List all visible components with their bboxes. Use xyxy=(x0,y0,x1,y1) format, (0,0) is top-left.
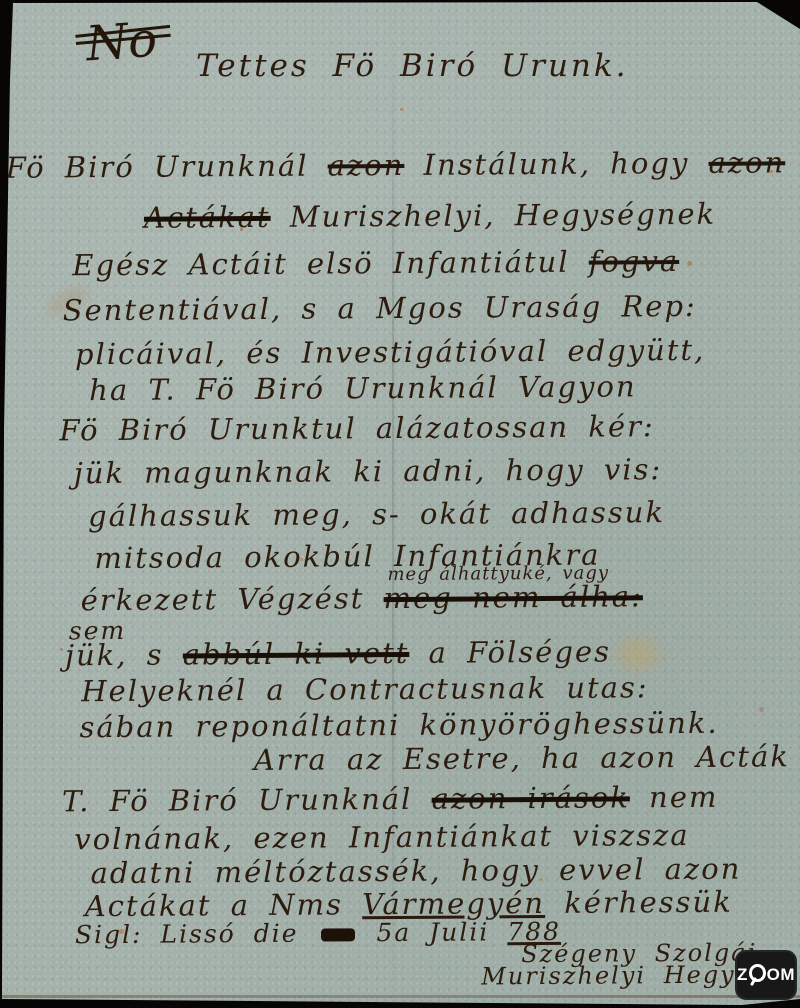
zoom-watermark-z: Z xyxy=(737,965,748,985)
manuscript-line-l4: Sententiával, s a Mgos Uraság Rep: xyxy=(63,289,697,327)
zoom-watermark-om: OM xyxy=(767,965,795,985)
scanned-page: No Tettes Fö Biró Urunk. Fö Biró Urunkná… xyxy=(0,0,800,1008)
manuscript-line-l5: plicáival, és Investigátióval edgyütt, xyxy=(75,333,706,371)
manuscript-line-l6: ha T. Fö Biró Urunknál Vagyon xyxy=(89,369,637,407)
manuscript-line-l11: érkezett Végzést meg nem álha:meg álhatt… xyxy=(81,579,643,617)
zoom-watermark: ZOM xyxy=(735,950,797,1000)
manuscript-line-l17: T. Fö Biró Urunknál azon irások nem xyxy=(62,780,719,819)
manuscript-line-l15: sában reponáltatni könyöröghessünk. xyxy=(79,706,718,744)
manuscript-line-l2: Actákat Muriszhelyi, Hegységnek xyxy=(144,197,716,235)
manuscript-line-l16: Arra az Esetre, ha azon Acták xyxy=(254,739,790,777)
manuscript-line-l21: Sigl: Lissó die 5a Julii 788 xyxy=(75,917,561,949)
paper-bottom-edge xyxy=(0,995,800,998)
ink-blot xyxy=(320,928,354,941)
manuscript-line-l7: Fö Biró Urunktul alázatossan kér: xyxy=(59,409,654,447)
manuscript-lines: Fö Biró Urunknál azon Instálunk, hogy az… xyxy=(0,0,800,1008)
interlinear-insertion: meg álhattyuké, vagy xyxy=(387,563,609,586)
manuscript-paper: No Tettes Fö Biró Urunk. Fö Biró Urunkná… xyxy=(0,0,800,1008)
manuscript-line-l8: jük magunknak ki adni, hogy vis: xyxy=(74,452,663,490)
manuscript-line-l1: Fö Biró Urunknál azon Instálunk, hogy az… xyxy=(6,145,786,184)
manuscript-line-l14: Helyeknél a Contractusnak utas: xyxy=(81,670,649,708)
manuscript-line-l18: volnának, ezen Infantiánkat viszsza xyxy=(74,818,690,856)
manuscript-line-l9: gálhassuk meg, s- okát adhassuk xyxy=(88,495,665,533)
magnifier-icon xyxy=(749,964,766,982)
manuscript-line-l3: Egész Actáit elsö Infantiátul fogva xyxy=(72,244,679,282)
manuscript-line-l13: jük, s abbúl ki vett a Fölséges xyxy=(65,635,611,673)
